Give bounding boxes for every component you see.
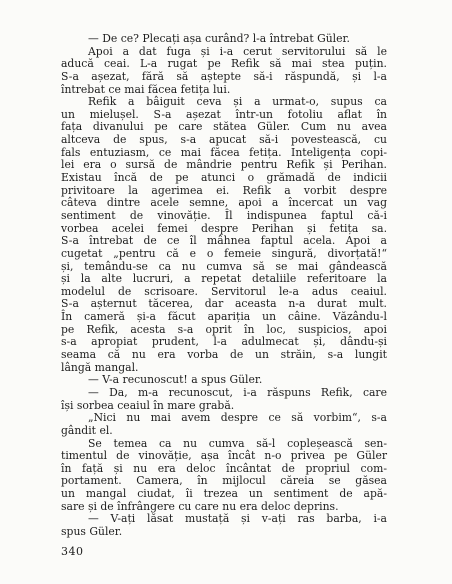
text-line: Refik a bâiguit ceva și a urmat-o, supus… (61, 96, 387, 109)
page-number: 340 (61, 545, 84, 558)
text-line: seama că nu era vorba de un străin, s-a … (61, 349, 387, 362)
page-text: — De ce? Plecați așa curând? l-a întreba… (61, 33, 387, 539)
text-line: cugetat „pentru că e o femeie singură, d… (61, 248, 387, 261)
book-page: — De ce? Plecați așa curând? l-a întreba… (0, 0, 452, 584)
text-line: gândit el. (61, 425, 387, 438)
paragraph: Apoi a dat fuga și i-a cerut servitorulu… (61, 46, 387, 97)
text-line: și la alte lucruri, a repetat detaliile … (61, 273, 387, 286)
text-line: timentul de vinovăție, așa încât n-o pri… (61, 450, 387, 463)
paragraph: — V-ați lăsat mustață și v-ați ras barba… (61, 513, 387, 538)
paragraph: — Da, m-a recunoscut, i-a răspuns Refik,… (61, 387, 387, 412)
text-line: altceva de spus, s-a apucat să-i poveste… (61, 134, 387, 147)
paragraph: — De ce? Plecați așa curând? l-a întreba… (61, 33, 387, 46)
text-line: — De ce? Plecați așa curând? l-a întreba… (61, 33, 387, 46)
paragraph: Refik a bâiguit ceva și a urmat-o, supus… (61, 96, 387, 374)
text-line: spus Güler. (61, 526, 387, 539)
text-line: un mangal ciudat, îi trezea un sentiment… (61, 488, 387, 501)
paragraph: Se temea ca nu cumva să-l copleșească se… (61, 438, 387, 514)
text-line: — Da, m-a recunoscut, i-a răspuns Refik,… (61, 387, 387, 400)
text-line: S-a întrebat de ce îl mâhnea faptul acel… (61, 235, 387, 248)
text-line: În cameră și-a făcut apariția un câine. … (61, 311, 387, 324)
text-line: Existau încă de pe atunci o grămadă de i… (61, 172, 387, 185)
text-line: sentiment de vinovăție. Îl indispunea fa… (61, 210, 387, 223)
text-line: „Nici nu mai avem despre ce să vorbim“, … (61, 412, 387, 425)
paragraph: „Nici nu mai avem despre ce să vorbim“, … (61, 412, 387, 437)
text-line: S-a așezat, fără să aștepte să-i răspund… (61, 71, 387, 84)
